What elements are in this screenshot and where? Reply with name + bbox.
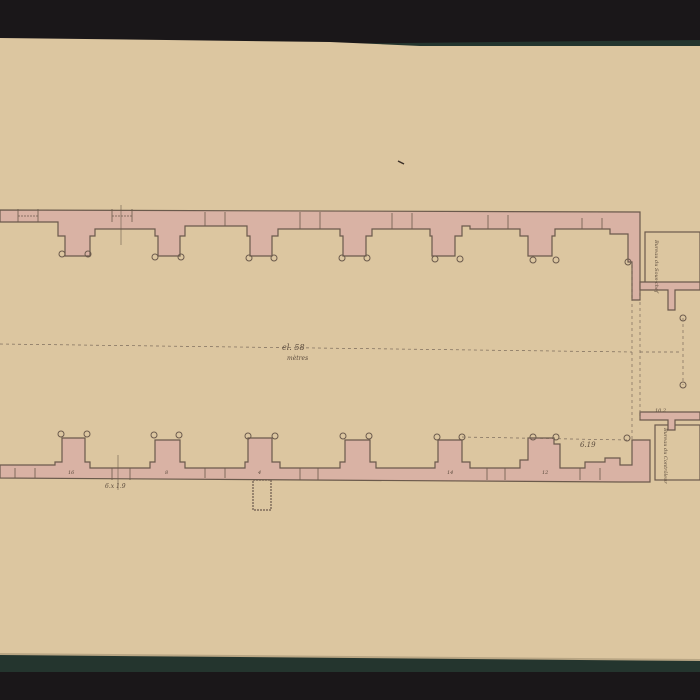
pier-mark: 4 (257, 470, 261, 476)
pier-mark: 16 (68, 470, 75, 476)
pier-mark: 8 (165, 470, 168, 476)
pier-mark: 12 (542, 470, 548, 476)
room-upper-right-label: Bureau du Sous-chef (653, 239, 659, 294)
center-dimension-label: el. 58 (282, 343, 305, 352)
corridor-mark: 10.2 (655, 408, 666, 414)
center-dimension-sub: mètres (287, 355, 308, 362)
pier-mark: 14 (447, 470, 453, 476)
room-lower-right-label: Bureau du Contrôleur (662, 427, 669, 484)
scanned-drawing: el. 58 mètres 6.x 1.9 6.19 16 8 4 14 12 … (0, 0, 700, 700)
paper-sheet (0, 38, 700, 660)
lower-left-dimension-label: 6.x 1.9 (105, 483, 126, 490)
lower-right-dimension-label: 6.19 (580, 441, 596, 449)
